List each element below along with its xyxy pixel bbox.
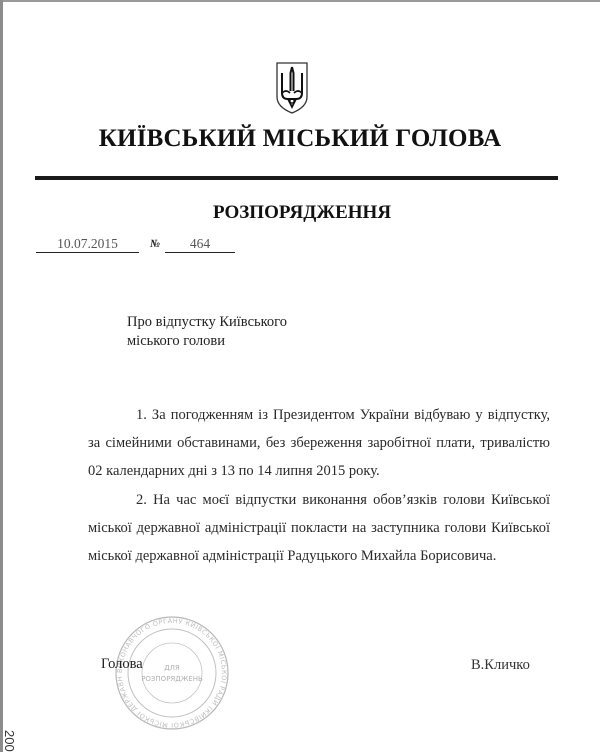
scan-border-left	[0, 0, 3, 752]
stamp-center-line-2: РОЗПОРЯДЖЕНЬ	[141, 675, 203, 683]
official-stamp-icon: ВИКОНАВЧОГО ОРГАНУ КИЇВСЬКОЇ МІСЬКОЇ РАД…	[108, 615, 236, 731]
subject-line-1: Про відпустку Київського	[127, 313, 287, 332]
scan-border-top	[0, 0, 600, 2]
subject-line-2: міського голови	[127, 332, 287, 351]
paragraph-2: 2. На час моєї відпустки виконання обов’…	[88, 486, 550, 570]
document-subject: Про відпустку Київського міського голови	[127, 313, 287, 351]
trident-emblem-icon	[274, 61, 310, 115]
signatory-role: Голова	[101, 656, 143, 673]
document-date: 10.07.2015	[36, 235, 139, 253]
document-type: РОЗПОРЯДЖЕННЯ	[213, 202, 391, 224]
margin-code: 200	[2, 730, 17, 752]
signatory-name: В.Кличко	[471, 657, 530, 674]
stamp-center-line-1: ДЛЯ	[164, 664, 180, 672]
document-number: 464	[165, 235, 235, 253]
number-sign: №	[150, 238, 160, 250]
header-divider	[35, 176, 558, 180]
issuer-title: КИЇВСЬКИЙ МІСЬКИЙ ГОЛОВА	[0, 125, 600, 153]
paragraph-1: 1. За погодженням із Президентом України…	[88, 401, 550, 485]
